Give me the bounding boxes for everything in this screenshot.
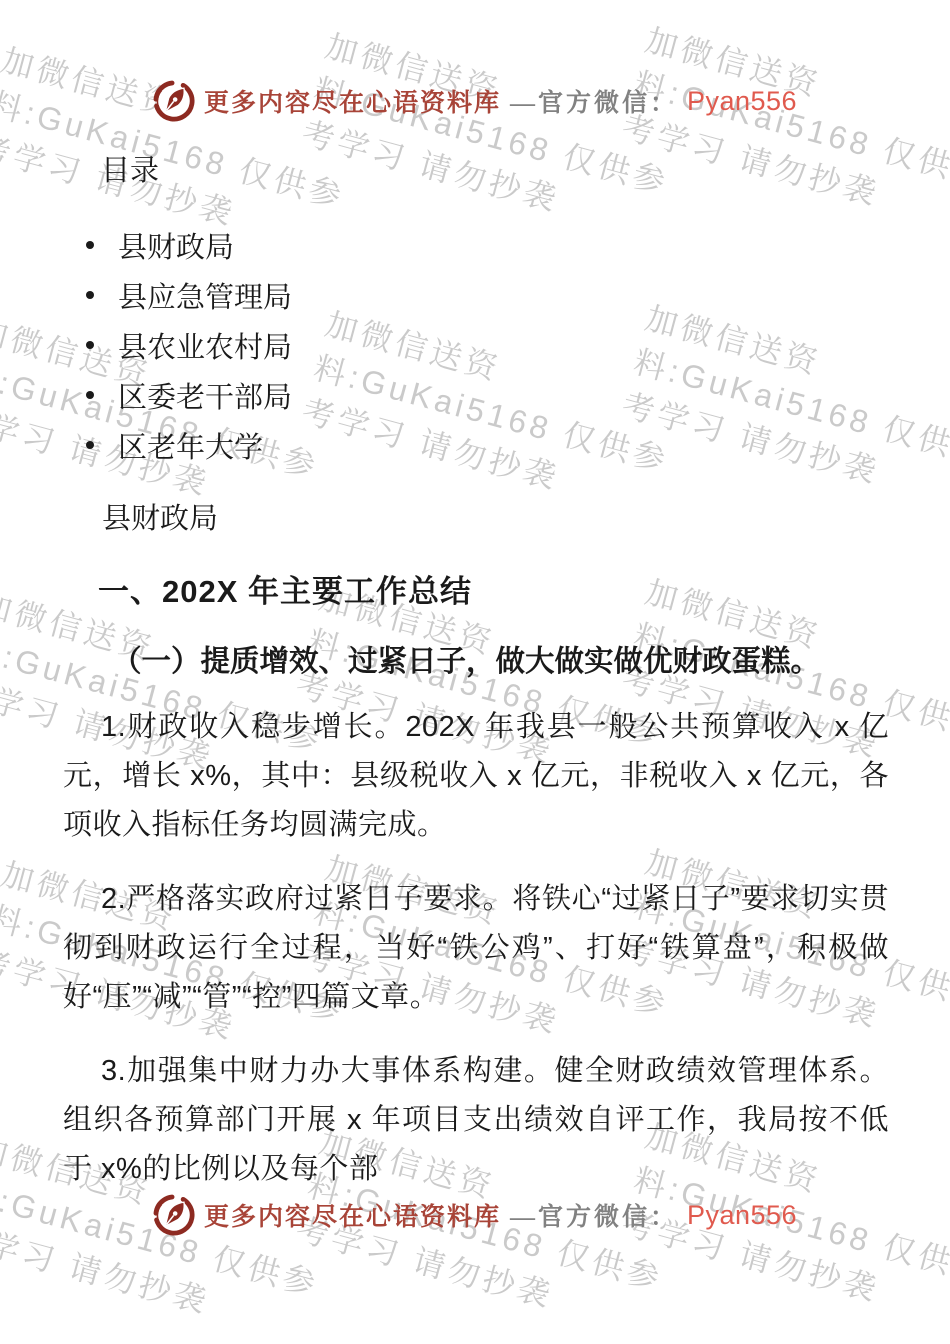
brand-slogan: 更多内容尽在心语资料库 (204, 83, 501, 119)
footer-brand-bar: 更多内容尽在心语资料库—官方微信：Pyan556 (0, 1194, 950, 1236)
toc-item-label: 区委老干部局 (118, 375, 292, 416)
bullet-icon (86, 441, 94, 449)
pen-nib-logo-icon (153, 1194, 195, 1236)
toc-item-label: 县应急管理局 (118, 275, 292, 316)
bullet-icon (86, 341, 94, 349)
paragraph: 2.严格落实政府过紧日子要求。将铁心“过紧日子”要求切实贯彻到财政运行全过程，当… (63, 875, 889, 1022)
document-page: 更多内容尽在心语资料库—官方微信：Pyan556 目录 县财政局 县应急管理局 … (0, 0, 950, 1344)
toc-item-label: 县财政局 (118, 225, 234, 266)
section-label: 县财政局 (102, 496, 218, 537)
paragraph: 3.加强集中财力办大事体系构建。健全财政绩效管理体系。组织各预算部门开展 x 年… (63, 1047, 889, 1194)
brand-wechat-label: —官方微信： (510, 1197, 678, 1233)
brand-slogan: 更多内容尽在心语资料库 (204, 1197, 501, 1233)
bullet-icon (86, 291, 94, 299)
header-brand-bar: 更多内容尽在心语资料库—官方微信：Pyan556 (0, 80, 950, 122)
toc-item-label: 县农业农村局 (118, 325, 292, 366)
toc-item: 县农业农村局 (86, 320, 292, 370)
toc-item: 县应急管理局 (86, 270, 292, 320)
toc-item: 区老年大学 (86, 420, 292, 470)
toc-item: 县财政局 (86, 220, 292, 270)
subheading-quality: （一）提质增效、过紧日子，做大做实做优财政蛋糕。 (112, 638, 820, 680)
bullet-icon (86, 241, 94, 249)
toc-title: 目录 (101, 148, 159, 189)
heading-work-summary: 一、202X 年主要工作总结 (98, 566, 472, 611)
brand-wechat-label: —官方微信： (510, 83, 678, 119)
bullet-icon (86, 391, 94, 399)
pen-nib-logo-icon (153, 80, 195, 122)
toc-item: 区委老干部局 (86, 370, 292, 420)
paragraph: 1.财政收入稳步增长。202X 年我县一般公共预算收入 x 亿元，增长 x%，其… (63, 703, 889, 850)
toc-item-label: 区老年大学 (118, 425, 263, 466)
toc-list: 县财政局 县应急管理局 县农业农村局 区委老干部局 区老年大学 (86, 220, 292, 470)
brand-wechat-id: Pyan556 (687, 1200, 797, 1231)
brand-wechat-id: Pyan556 (687, 86, 797, 117)
body-text-block: 1.财政收入稳步增长。202X 年我县一般公共预算收入 x 亿元，增长 x%，其… (63, 703, 889, 1219)
